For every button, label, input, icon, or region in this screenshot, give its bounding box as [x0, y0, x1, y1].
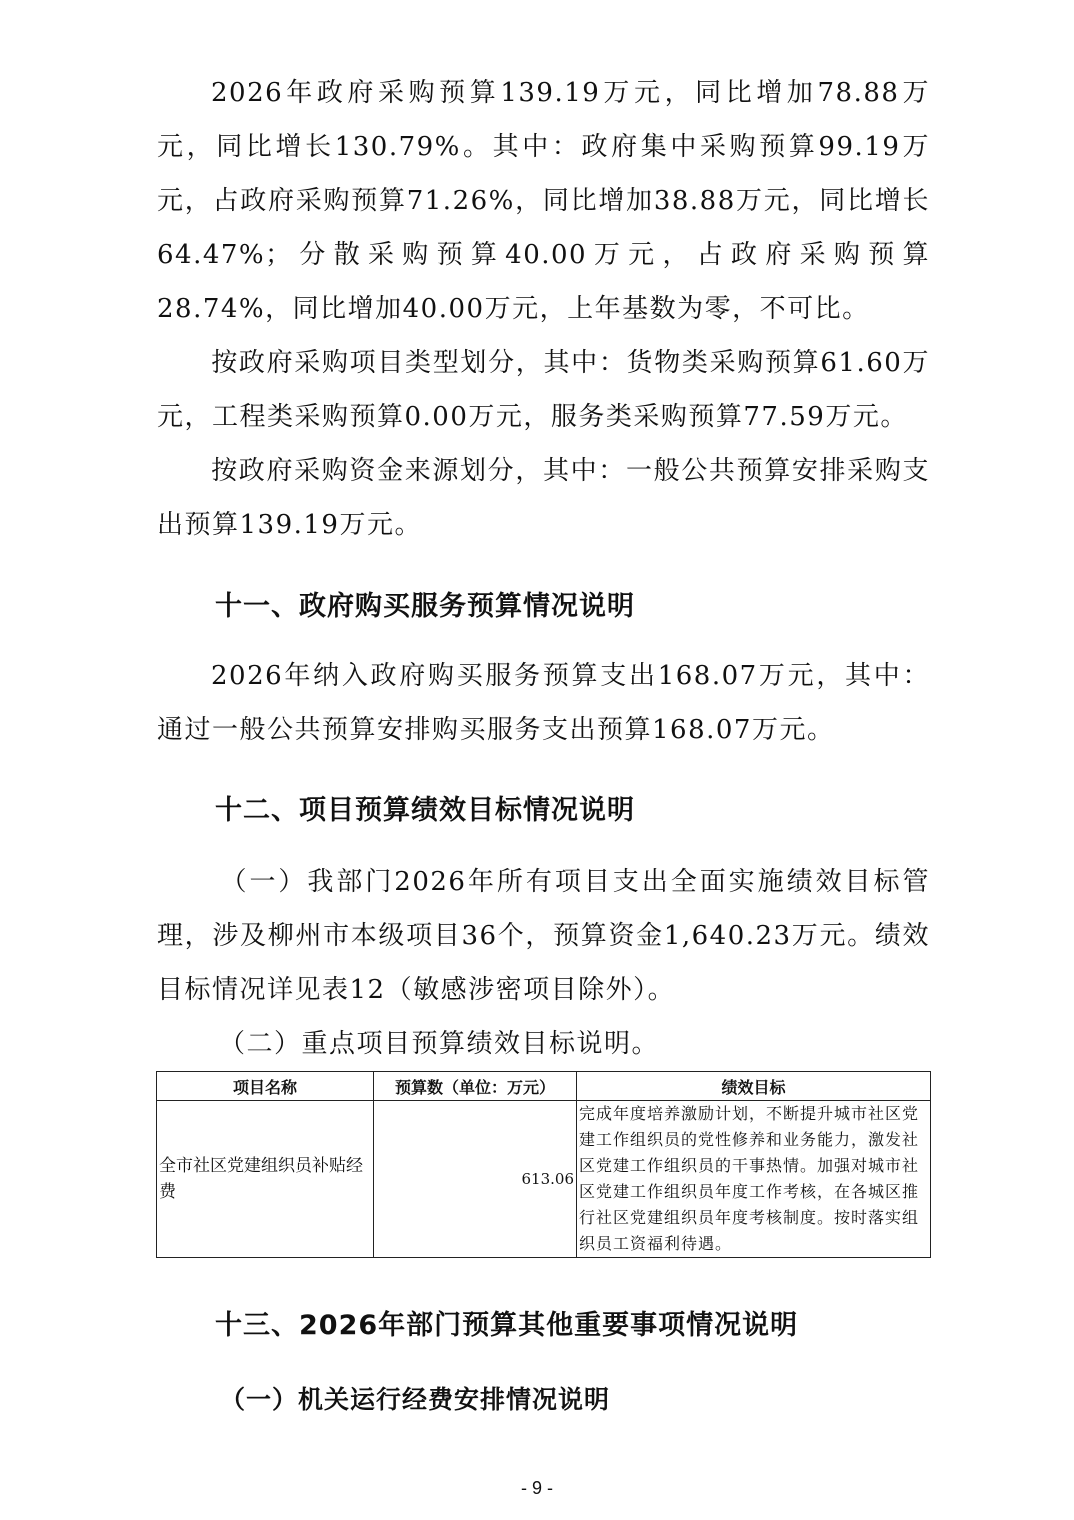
paragraph-text: 按政府采购项目类型划分，其中：货物类采购预算61.60万元，工程类采购预算0.0…	[157, 348, 930, 432]
cell-performance-goal: 完成年度培养激励计划，不断提升城市社区党建工作组织员的党性修养和业务能力，激发社…	[577, 1101, 931, 1258]
cell-budget: 613.06	[374, 1101, 577, 1258]
paragraph-procurement-total: 2026年政府采购预算139.19万元，同比增加78.88万元，同比增长130.…	[157, 66, 930, 336]
section-12-item-1: （一）我部门2026年所有项目支出全面实施绩效目标管理，涉及柳州市本级项目36个…	[157, 855, 930, 1017]
paragraph-text: （一）我部门2026年所有项目支出全面实施绩效目标管理，涉及柳州市本级项目36个…	[157, 867, 930, 1005]
table-row: 全市社区党建组织员补贴经费 613.06 完成年度培养激励计划，不断提升城市社区…	[157, 1101, 931, 1258]
section-13-sub-1: （一）机关运行经费安排情况说明	[220, 1380, 610, 1416]
paragraph-text: 按政府采购资金来源划分，其中：一般公共预算安排采购支出预算139.19万元。	[157, 456, 930, 540]
header-performance-goal: 绩效目标	[577, 1072, 931, 1101]
paragraph-procurement-by-type: 按政府采购项目类型划分，其中：货物类采购预算61.60万元，工程类采购预算0.0…	[157, 336, 930, 444]
paragraph-text: 2026年政府采购预算139.19万元，同比增加78.88万元，同比增长130.…	[157, 78, 930, 324]
section-12-heading: 十二、项目预算绩效目标情况说明	[215, 788, 635, 827]
section-12-item-2: （二）重点项目预算绩效目标说明。	[157, 1017, 930, 1071]
paragraph-text: 2026年纳入政府购买服务预算支出168.07万元，其中：通过一般公共预算安排购…	[157, 661, 930, 745]
section-13-heading: 十三、2026年部门预算其他重要事项情况说明	[215, 1303, 798, 1342]
header-project-name: 项目名称	[157, 1072, 374, 1101]
cell-project-name: 全市社区党建组织员补贴经费	[157, 1101, 374, 1258]
section-11-body: 2026年纳入政府购买服务预算支出168.07万元，其中：通过一般公共预算安排购…	[157, 649, 930, 757]
section-11-heading: 十一、政府购买服务预算情况说明	[215, 584, 635, 623]
page-number: - 9 -	[0, 1478, 1074, 1499]
paragraph-procurement-by-source: 按政府采购资金来源划分，其中：一般公共预算安排采购支出预算139.19万元。	[157, 444, 930, 552]
paragraph-text: （二）重点项目预算绩效目标说明。	[219, 1029, 659, 1059]
performance-goals-table: 项目名称 预算数（单位：万元） 绩效目标 全市社区党建组织员补贴经费 613.0…	[156, 1071, 931, 1258]
header-budget: 预算数（单位：万元）	[374, 1072, 577, 1101]
table-header-row: 项目名称 预算数（单位：万元） 绩效目标	[157, 1072, 931, 1101]
document-page: 2026年政府采购预算139.19万元，同比增加78.88万元，同比增长130.…	[0, 0, 1074, 1520]
